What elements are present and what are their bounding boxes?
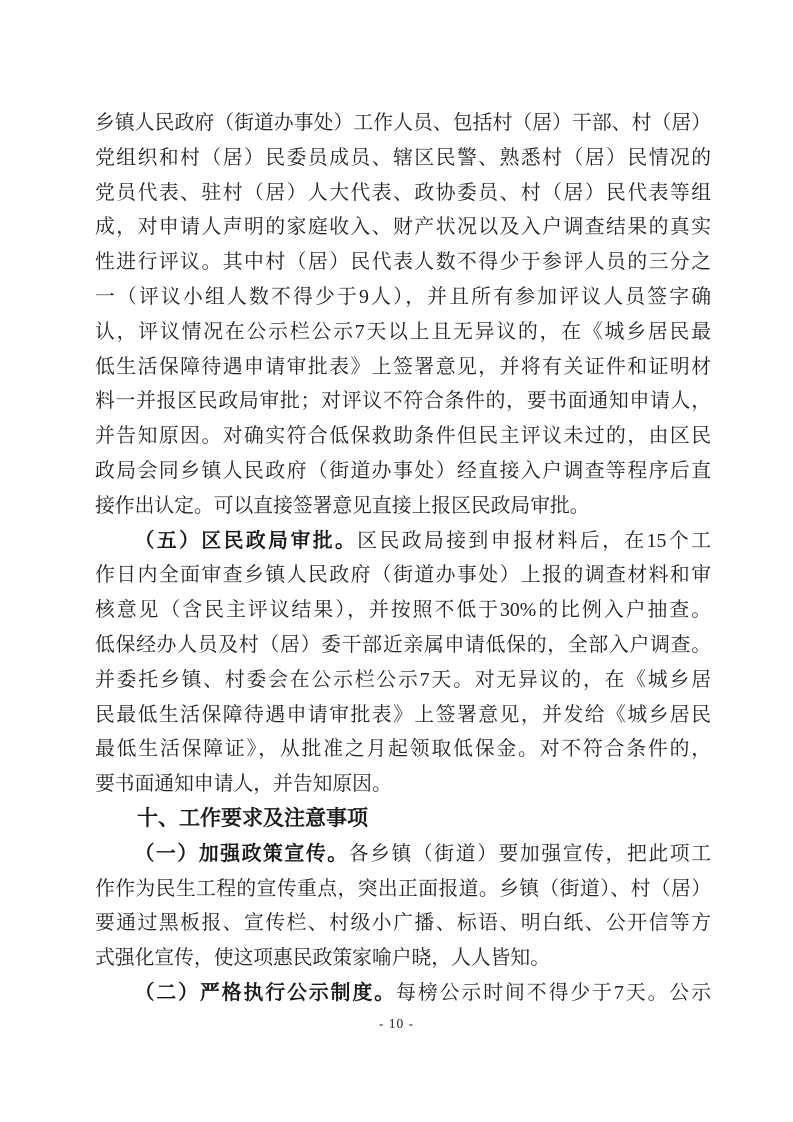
section-heading: 十、工作要求及注意事项 bbox=[95, 802, 711, 837]
text-line: 料一并报区民政局审批；对评议不符合条件的，要书面通知申请人， bbox=[95, 384, 711, 419]
text-line: （二）严格执行公示制度。每榜公示时间不得少于7天。公示 bbox=[95, 976, 711, 1011]
text-segment: 成，对申请人声明的家庭收入、财产状况以及入户调查结果的真实 bbox=[95, 216, 711, 238]
text-segment: 区民政局接到申报材料后，在15个工 bbox=[357, 530, 711, 552]
text-line: 民最低生活保障待遇申请审批表》上签署意见，并发给《城乡居民 bbox=[95, 698, 711, 733]
text-segment: 每榜公示时间不得少于7天。公示 bbox=[396, 982, 711, 1004]
text-segment: 各乡镇（街道）要加强宣传，把此项工 bbox=[349, 843, 711, 865]
text-segment: 要书面通知申请人，并告知原因。 bbox=[95, 773, 392, 795]
text-segment: 料一并报区民政局审批；对评议不符合条件的，要书面通知申请人， bbox=[95, 390, 711, 412]
text-segment: 一（评议小组人数不得少于9人），并且所有参加评议人员签字确 bbox=[95, 286, 711, 308]
text-segment: 最低生活保障证》，从批准之月起领取低保金。对不符合条件的， bbox=[95, 738, 711, 760]
document-body: 乡镇人民政府（街道办事处）工作人员、包括村（居）干部、村（居）党组织和村（居）民… bbox=[95, 106, 711, 1011]
text-line: 并委托乡镇、村委会在公示栏公示7天。对无异议的，在《城乡居 bbox=[95, 663, 711, 698]
text-segment: 性进行评议。其中村（居）民代表人数不得少于参评人员的三分之 bbox=[95, 251, 711, 273]
text-segment: 作日内全面审查乡镇人民政府（街道办事处）上报的调查材料和审 bbox=[95, 564, 711, 586]
text-segment: 式强化宣传，使这项惠民政策家喻户晓，人人皆知。 bbox=[95, 947, 550, 969]
emphasis-text: （二）严格执行公示制度。 bbox=[135, 982, 396, 1004]
page-number: - 10 - bbox=[0, 1016, 793, 1032]
text-line: 认，评议情况在公示栏公示7天以上且无异议的，在《城乡居民最 bbox=[95, 315, 711, 350]
text-line: 成，对申请人声明的家庭收入、财产状况以及入户调查结果的真实 bbox=[95, 210, 711, 245]
text-segment: 核意见（含民主评议结果），并按照不低于30%的比例入户抽查。 bbox=[95, 599, 711, 621]
emphasis-text: 十、工作要求及注意事项 bbox=[137, 807, 368, 830]
text-line: （一）加强政策宣传。各乡镇（街道）要加强宣传，把此项工 bbox=[95, 837, 711, 872]
text-line: 党组织和村（居）民委员成员、辖区民警、熟悉村（居）民情况的 bbox=[95, 141, 711, 176]
text-line: 核意见（含民主评议结果），并按照不低于30%的比例入户抽查。 bbox=[95, 593, 711, 628]
text-segment: 并告知原因。对确实符合低保救助条件但民主评议未过的，由区民 bbox=[95, 425, 711, 447]
text-segment: 低生活保障待遇申请审批表》上签署意见，并将有关证件和证明材 bbox=[95, 356, 711, 378]
text-line: 作日内全面审查乡镇人民政府（街道办事处）上报的调查材料和审 bbox=[95, 558, 711, 593]
text-line: 党员代表、驻村（居）人大代表、政协委员、村（居）民代表等组 bbox=[95, 176, 711, 211]
text-line: 低生活保障待遇申请审批表》上签署意见，并将有关证件和证明材 bbox=[95, 350, 711, 385]
text-segment: 党员代表、驻村（居）人大代表、政协委员、村（居）民代表等组 bbox=[95, 182, 711, 204]
document-page: 乡镇人民政府（街道办事处）工作人员、包括村（居）干部、村（居）党组织和村（居）民… bbox=[0, 0, 793, 1122]
text-line: 接作出认定。可以直接签署意见直接上报区民政局审批。 bbox=[95, 489, 711, 524]
emphasis-text: （五）区民政局审批。 bbox=[135, 530, 358, 552]
text-line: 并告知原因。对确实符合低保救助条件但民主评议未过的，由区民 bbox=[95, 419, 711, 454]
text-line: 一（评议小组人数不得少于9人），并且所有参加评议人员签字确 bbox=[95, 280, 711, 315]
text-segment: 作作为民生工程的宣传重点，突出正面报道。乡镇（街道）、村（居） bbox=[95, 878, 711, 900]
text-segment: 党组织和村（居）民委员成员、辖区民警、熟悉村（居）民情况的 bbox=[95, 147, 711, 169]
text-line: 要通过黑板报、宣传栏、村级小广播、标语、明白纸、公开信等方 bbox=[95, 906, 711, 941]
text-line: 要书面通知申请人，并告知原因。 bbox=[95, 767, 711, 802]
text-segment: 要通过黑板报、宣传栏、村级小广播、标语、明白纸、公开信等方 bbox=[95, 912, 711, 934]
text-segment: 接作出认定。可以直接签署意见直接上报区民政局审批。 bbox=[95, 495, 590, 517]
text-line: （五）区民政局审批。区民政局接到申报材料后，在15个工 bbox=[95, 524, 711, 559]
text-segment: 认，评议情况在公示栏公示7天以上且无异议的，在《城乡居民最 bbox=[95, 321, 711, 343]
text-line: 最低生活保障证》，从批准之月起领取低保金。对不符合条件的， bbox=[95, 732, 711, 767]
text-line: 低保经办人员及村（居）委干部近亲属申请低保的，全部入户调查。 bbox=[95, 628, 711, 663]
text-line: 乡镇人民政府（街道办事处）工作人员、包括村（居）干部、村（居） bbox=[95, 106, 711, 141]
text-line: 政局会同乡镇人民政府（街道办事处）经直接入户调查等程序后直 bbox=[95, 454, 711, 489]
text-segment: 民最低生活保障待遇申请审批表》上签署意见，并发给《城乡居民 bbox=[95, 704, 711, 726]
emphasis-text: （一）加强政策宣传。 bbox=[135, 843, 349, 865]
text-segment: 并委托乡镇、村委会在公示栏公示7天。对无异议的，在《城乡居 bbox=[95, 669, 711, 691]
text-line: 性进行评议。其中村（居）民代表人数不得少于参评人员的三分之 bbox=[95, 245, 711, 280]
text-line: 作作为民生工程的宣传重点，突出正面报道。乡镇（街道）、村（居） bbox=[95, 872, 711, 907]
text-line: 式强化宣传，使这项惠民政策家喻户晓，人人皆知。 bbox=[95, 941, 711, 976]
text-segment: 政局会同乡镇人民政府（街道办事处）经直接入户调查等程序后直 bbox=[95, 460, 711, 482]
text-segment: 低保经办人员及村（居）委干部近亲属申请低保的，全部入户调查。 bbox=[95, 634, 711, 656]
text-segment: 乡镇人民政府（街道办事处）工作人员、包括村（居）干部、村（居） bbox=[95, 112, 711, 134]
